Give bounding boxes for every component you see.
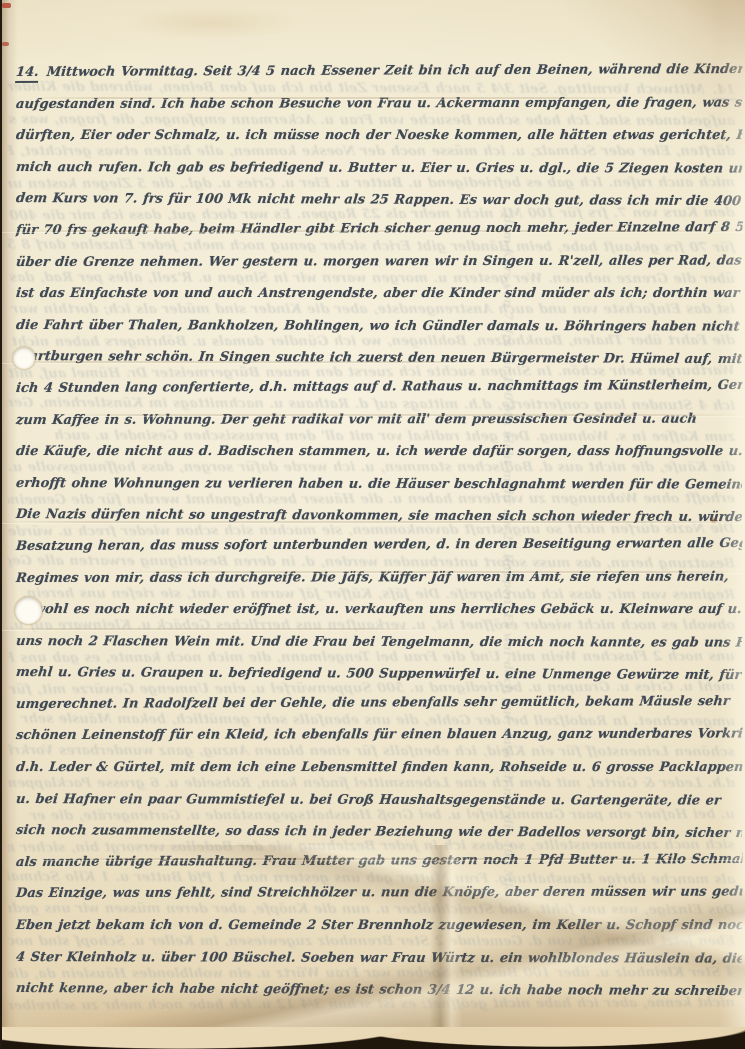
handwriting-line: die Käufe, die nicht aus d. Badischen st…	[14, 436, 743, 468]
handwriting-line: ich 4 Stunden lang confertierte, d.h. mi…	[14, 370, 744, 405]
punch-hole	[15, 597, 42, 624]
handwriting-line: die Fahrt über Thalen, Bankholzen, Bohli…	[14, 310, 743, 343]
handwriting-line: Besatzung heran, das muss sofort unterbu…	[14, 528, 744, 563]
handwriting-line: über die Grenze nehmen. Wer gestern u. m…	[14, 245, 743, 278]
handwriting-line: aufgestanden sind. Ich habe schon Besuch…	[14, 87, 743, 120]
handwriting-line: erhofft ohne Wohnungen zu verlieren habe…	[14, 468, 743, 501]
handwriting-line: Eben jetzt bekam ich von d. Gemeinde 2 S…	[14, 910, 743, 942]
handwriting-line: ist das Einfachste von und auch Anstreng…	[14, 278, 743, 310]
handwriting-line: schönen Leinenstoff für ein Kleid, ich e…	[14, 719, 743, 752]
handwriting-line-text: Mittwoch Vormittag. Seit 3/4 5 nach Esse…	[46, 62, 744, 80]
handwriting-line: umgerechnet. In Radolfzell bei der Gehle…	[14, 686, 744, 721]
letter-page: 14.Mittwoch Vormittag. Seit 3/4 5 nach E…	[2, 0, 745, 1049]
handwriting-line: zum Kaffee in s. Wohnung. Der geht radik…	[14, 403, 743, 436]
handwriting-line: als manche übrige Haushaltung. Frau Mutt…	[14, 844, 744, 879]
date-marker: 14.	[15, 65, 39, 83]
handwriting-line: d.h. Leder & Gürtel, mit dem ich eine Le…	[14, 752, 743, 784]
tan-stain	[122, 6, 302, 40]
handwriting-line: dürften, Eier oder Schmalz, u. ich müsse…	[14, 120, 743, 152]
handwriting-line: u. bei Hafner ein paar Gummistiefel u. b…	[14, 784, 743, 817]
handwriting-line: für 70 frs gekauft habe, beim Händler gi…	[14, 212, 744, 247]
handwriting-line: nicht kenne, aber ich habe nicht geöffne…	[14, 973, 743, 1008]
red-edge-mark	[2, 42, 9, 46]
handwriting-line: 14.Mittwoch Vormittag. Seit 3/4 5 nach E…	[14, 54, 744, 89]
handwriting-line: uns noch 2 Flaschen Wein mit. Und die Fr…	[14, 626, 743, 659]
punch-hole	[13, 347, 35, 369]
handwriting-line: mich auch rufen. Ich gab es befriedigend…	[14, 152, 743, 185]
handwriting-line: Regimes von mir, dass ich durchgreife. D…	[14, 561, 743, 594]
letter-body: 14.Mittwoch Vormittag. Seit 3/4 5 nach E…	[16, 57, 742, 1017]
scanner-edge	[2, 1027, 745, 1049]
handwriting-line: Das Einzige, was uns fehlt, sind Streich…	[14, 877, 743, 910]
handwriting-line: 4 Ster Kleinholz u. über 100 Büschel. So…	[14, 942, 743, 975]
handwriting-line: obwohl es noch nicht wieder eröffnet ist…	[14, 594, 743, 626]
red-edge-mark	[2, 3, 11, 8]
